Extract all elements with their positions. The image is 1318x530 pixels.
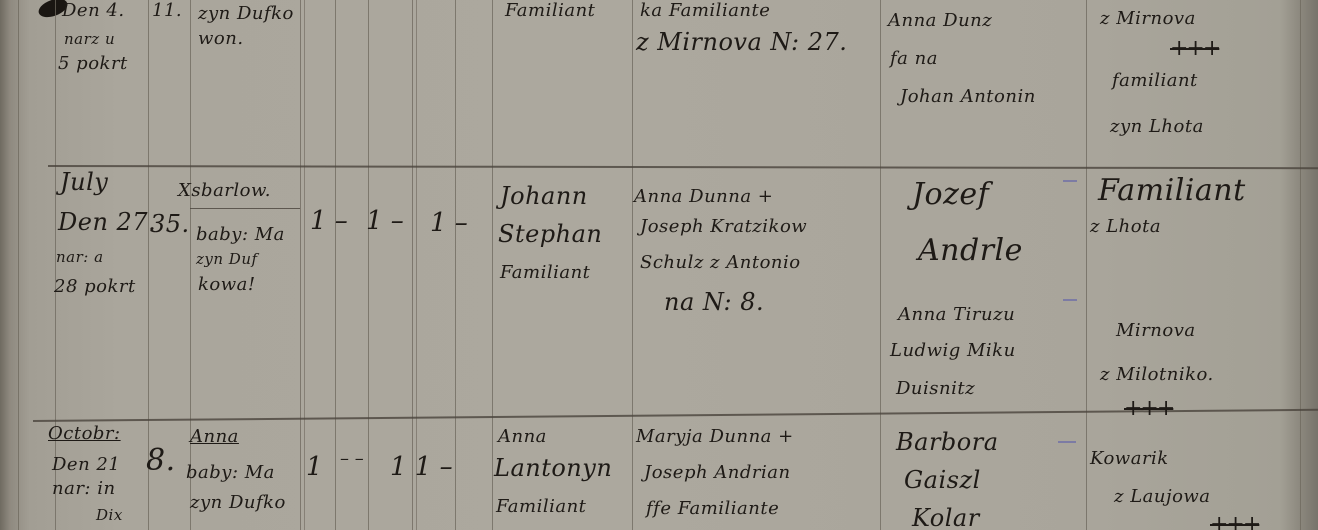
column-line	[1086, 0, 1087, 530]
row2-place-2: baby: Ma	[186, 464, 275, 482]
row1-godparents-1: Jozef	[912, 180, 989, 210]
column-line	[492, 0, 493, 530]
row1-remarks-3: Mirnova	[1116, 322, 1196, 340]
row1-godparents-2: Andrle	[918, 236, 1023, 266]
row1-place-4: kowa!	[198, 276, 256, 294]
row0-place-2: won.	[198, 30, 244, 48]
row2-parents-2: Joseph Andrian	[644, 464, 791, 482]
column-line	[300, 0, 301, 530]
row1-date-1: July	[60, 170, 108, 194]
register-page: Den 4. narz u 5 pokrt 11. zyn Dufko won.…	[0, 0, 1318, 530]
row1-godparents-4: Ludwig Miku	[890, 342, 1016, 360]
row2-date-4: Dix	[96, 508, 123, 523]
row0-godparents-3: Johan Antonin	[900, 88, 1036, 106]
row2-cross-marks: +++	[1210, 512, 1259, 530]
margin-line	[18, 0, 19, 530]
row2-godparents-1: Barbora	[896, 430, 999, 454]
row2-child-2: Lantonyn	[494, 456, 612, 480]
row1-tally-3: 1 –	[430, 208, 468, 238]
row0-date-3: 5 pokrt	[58, 55, 128, 73]
row0-godparents-2: fa na	[890, 50, 938, 68]
row0-date-2: narz u	[64, 32, 115, 47]
row0-parents-1: ka Familiante	[640, 2, 770, 20]
row0-date-1: Den 4.	[62, 2, 125, 20]
row-separator	[48, 165, 1318, 169]
row1-remarks-4: z Milotniko.	[1100, 366, 1214, 384]
row1-cross-marks: +++	[1124, 396, 1173, 421]
column-line	[190, 0, 191, 530]
row0-cross-marks: +++	[1170, 36, 1219, 61]
row2-parents-3: ffe Familiante	[646, 500, 779, 518]
row2-remarks-2: z Laujowa	[1114, 488, 1211, 506]
row2-house-no: 8.	[146, 446, 176, 476]
row0-child: Familiant	[505, 2, 595, 20]
row1-place-3: zyn Duf	[196, 252, 258, 267]
row1-child-3: Familiant	[500, 264, 590, 282]
row2-tally-2: – –	[340, 448, 364, 469]
row0-remarks-3: zyn Lhota	[1110, 118, 1204, 136]
column-line	[335, 0, 336, 530]
row1-godparents-5: Duisnitz	[896, 380, 975, 398]
row0-remarks-2: familiant	[1112, 72, 1198, 90]
row2-date-3: nar: in	[52, 480, 116, 498]
row1-parents-4: na N: 8.	[664, 290, 764, 314]
column-line	[632, 0, 633, 530]
row1-remarks-2: z Lhota	[1090, 218, 1161, 236]
row2-parents-1: Maryja Dunna +	[636, 428, 794, 446]
row1-place-1: Xsbarlow.	[178, 182, 271, 200]
row2-remarks-1: Kowarik	[1090, 450, 1169, 468]
row1-godparents-3: Anna Tiruzu	[898, 306, 1015, 324]
row0-house-no: 11.	[152, 2, 182, 20]
column-line	[368, 0, 369, 530]
row1-date-4: 28 pokrt	[54, 278, 136, 296]
row1-parents-1: Anna Dunna +	[634, 188, 773, 206]
underline	[190, 208, 300, 209]
row1-parents-2: Joseph Kratzikow	[640, 218, 807, 236]
column-line	[455, 0, 456, 530]
row1-parents-3: Schulz z Antonio	[640, 254, 801, 272]
row2-date-1: Octobr:	[48, 425, 121, 443]
row0-parents-2: z Mirnova N: 27.	[636, 30, 847, 54]
row1-place-2: baby: Ma	[196, 226, 285, 244]
row2-godparents-3: Kolar	[912, 506, 980, 530]
blue-dash	[1058, 441, 1076, 443]
row2-child-3: Familiant	[496, 498, 586, 516]
row0-remarks-1: z Mirnova	[1100, 10, 1196, 28]
row2-place-1: Anna	[190, 428, 239, 446]
row1-remarks-1: Familiant	[1098, 176, 1246, 206]
row2-tally-3: 1 1 –	[390, 452, 453, 482]
column-line	[412, 0, 413, 530]
row2-godparents-2: Gaiszl	[904, 468, 981, 492]
row1-date-3: nar: a	[56, 250, 104, 265]
row2-place-3: zyn Dufko	[190, 494, 286, 512]
row1-child-1: Johann	[500, 184, 588, 208]
column-line	[1300, 0, 1301, 530]
row1-house-no: 35.	[150, 212, 190, 236]
row0-place-1: zyn Dufko	[198, 5, 294, 23]
blue-dash	[1063, 180, 1077, 182]
row1-tally-1: 1 –	[310, 206, 348, 236]
row2-child-1: Anna	[498, 428, 547, 446]
row2-date-2: Den 21	[52, 456, 120, 474]
row0-godparents-1: Anna Dunz	[888, 12, 992, 30]
column-line	[880, 0, 881, 530]
blue-dash	[1063, 299, 1077, 301]
row1-date-2: Den 27.	[58, 210, 156, 234]
row2-tally-1: 1	[306, 452, 323, 482]
row1-tally-2: 1 –	[366, 206, 404, 236]
row1-child-2: Stephan	[498, 222, 602, 246]
